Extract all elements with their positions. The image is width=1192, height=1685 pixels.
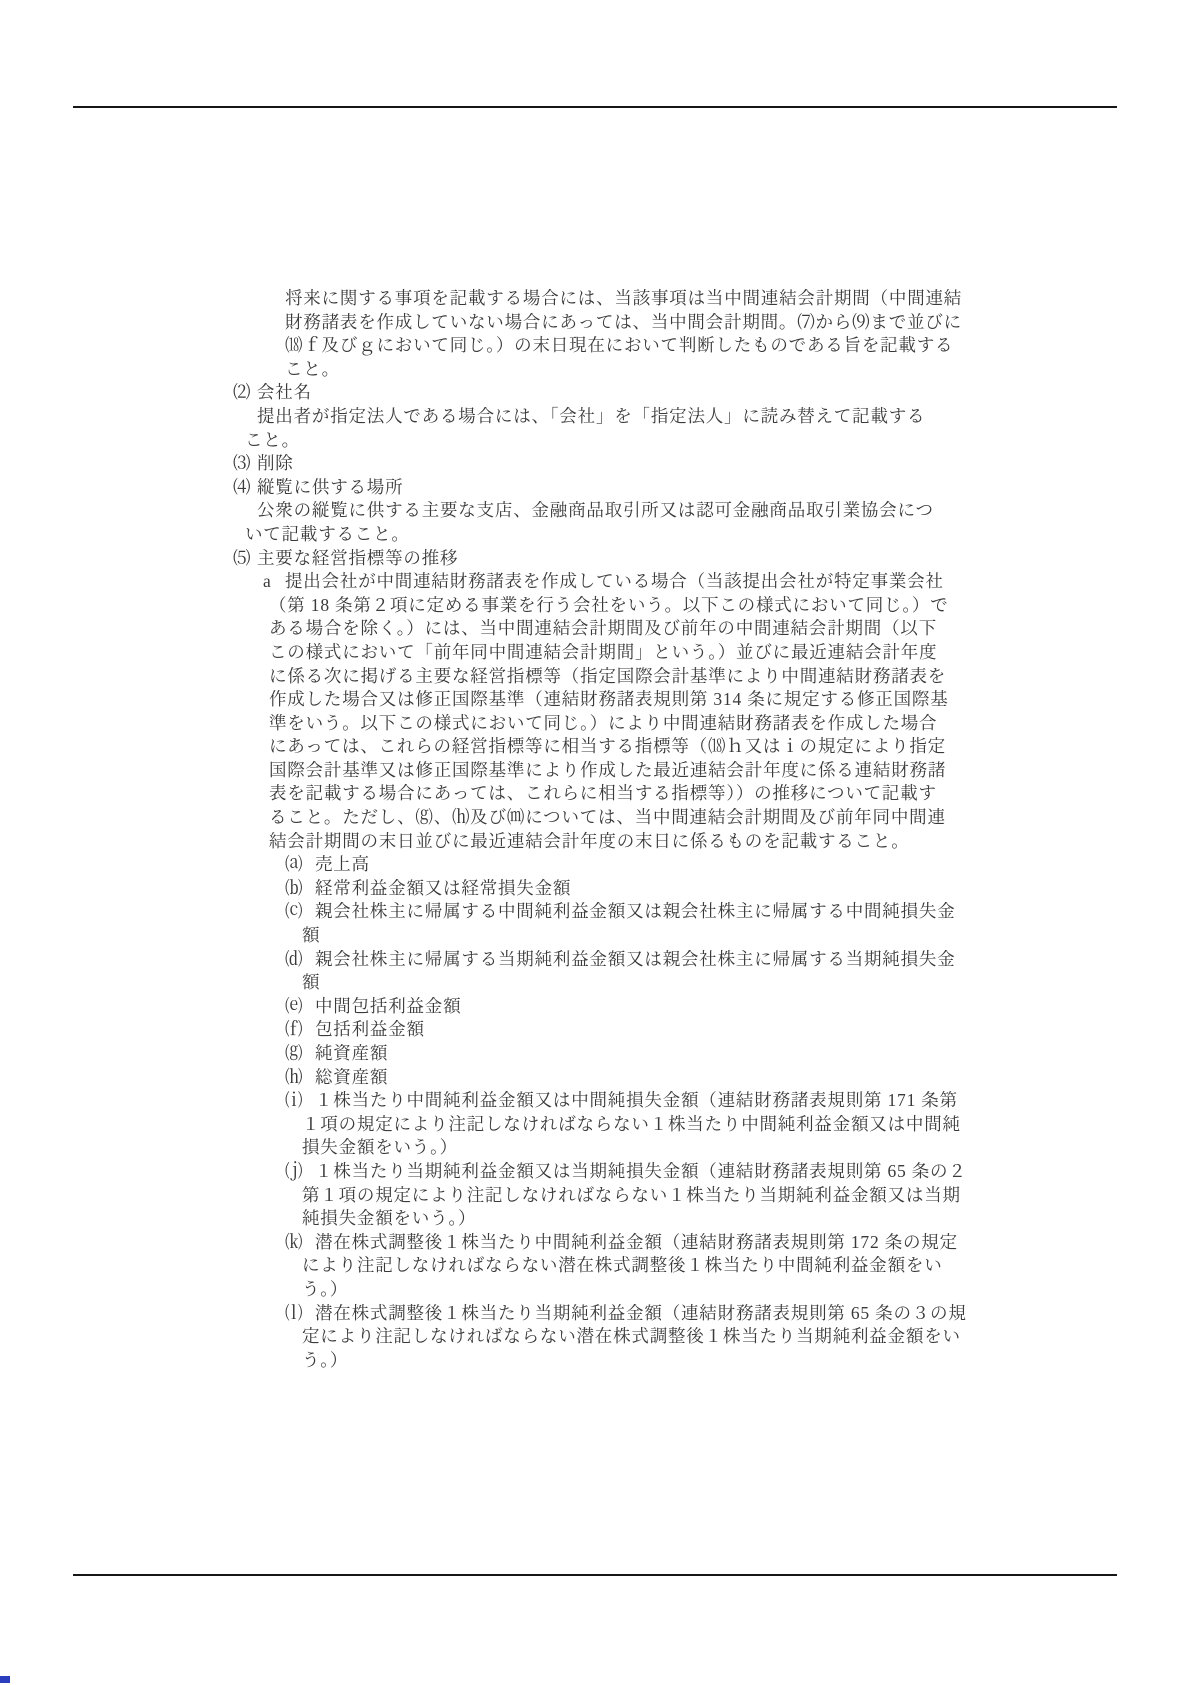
text-line: ⑵会社名 (0, 381, 1192, 405)
text-line: ある場合を除く。）には、当中間連結会計期間及び前年の中間連結会計期間（以下 (0, 617, 1192, 641)
line-text: 潜在株式調整後１株当たり中間純利益金額（連結財務諸表規則第 172 条の規定 (315, 1232, 958, 1252)
text-line: 額 (0, 924, 1192, 948)
text-line: ⑶削除 (0, 452, 1192, 476)
text-line: １項の規定により注記しなければならない１株当たり中間純利益金額又は中間純 (0, 1113, 1192, 1137)
document-page: 将来に関する事項を記載する場合には、当該事項は当中間連結会計期間（中間連結財務諸… (0, 0, 1192, 1685)
text-line: 定により注記しなければならない潜在株式調整後１株当たり当期純利益金額をい (0, 1325, 1192, 1349)
line-text: う。） (302, 1350, 348, 1370)
line-text: 包括利益金額 (315, 1019, 425, 1039)
text-line: 準をいう。以下この様式において同じ。）により中間連結財務諸表を作成した場合 (0, 712, 1192, 736)
text-line: ⒣総資産額 (0, 1066, 1192, 1090)
line-marker: ⒦ (285, 1231, 315, 1255)
line-marker: ⒟ (285, 948, 315, 972)
line-text: 表を記載する場合にあっては、これらに相当する指標等））の推移について記載す (269, 783, 937, 803)
line-text: 削除 (257, 453, 294, 473)
line-marker: ⒡ (285, 1018, 315, 1042)
line-text: 定により注記しなければならない潜在株式調整後１株当たり当期純利益金額をい (302, 1326, 961, 1346)
text-line: ⒝経常利益金額又は経常損失金額 (0, 877, 1192, 901)
text-line: にあっては、これらの経営指標等に相当する指標等（⒅ｈ又はｉの規定により指定 (0, 735, 1192, 759)
line-text: 売上高 (315, 854, 370, 874)
line-marker: ⒝ (285, 877, 315, 901)
line-text: 純損失金額をいう。） (302, 1208, 476, 1228)
text-line: 結会計期間の末日並びに最近連結会計年度の末日に係るものを記載すること。 (0, 830, 1192, 854)
text-line: 公衆の縦覧に供する主要な支店、金融商品取引所又は認可金融商品取引業協会につ (0, 499, 1192, 523)
line-text: 国際会計基準又は修正国際基準により作成した最近連結会計年度に係る連結財務諸 (269, 760, 946, 780)
text-line: a提出会社が中間連結財務諸表を作成している場合（当該提出会社が特定事業会社 (0, 570, 1192, 594)
text-line: 国際会計基準又は修正国際基準により作成した最近連結会計年度に係る連結財務諸 (0, 759, 1192, 783)
line-text: に係る次に掲げる主要な経営指標等（指定国際会計基準により中間連結財務諸表を (269, 666, 946, 686)
line-marker: ⑸ (233, 547, 257, 571)
text-line: 将来に関する事項を記載する場合には、当該事項は当中間連結会計期間（中間連結 (0, 287, 1192, 311)
line-text: １項の規定により注記しなければならない１株当たり中間純利益金額又は中間純 (302, 1114, 961, 1134)
line-text: う。） (302, 1279, 348, 1299)
line-text: 提出者が指定法人である場合には、「会社」を「指定法人」に読み替えて記載する (257, 406, 925, 426)
line-text: こと。 (285, 359, 340, 379)
line-text: 純資産額 (315, 1043, 388, 1063)
text-line: （第 18 条第２項に定める事業を行う会社をいう。以下この様式において同じ。）で (0, 594, 1192, 618)
line-text: いて記載すること。 (245, 524, 410, 544)
line-text: 潜在株式調整後１株当たり当期純利益金額（連結財務諸表規則第 65 条の３の規 (315, 1303, 967, 1323)
line-marker: ⒧ (285, 1302, 315, 1326)
text-line: 純損失金額をいう。） (0, 1207, 1192, 1231)
line-text: 結会計期間の末日並びに最近連結会計年度の末日に係るものを記載すること。 (269, 831, 910, 851)
footer-rule (73, 1574, 1117, 1576)
line-text: １株当たり中間純利益金額又は中間純損失金額（連結財務諸表規則第 171 条第 (315, 1090, 958, 1110)
text-line: ること。ただし、⒢、⒣及び⒨については、当中間連結会計期間及び前年同中間連 (0, 806, 1192, 830)
line-marker: ⒤ (285, 1089, 315, 1113)
text-line: 第１項の規定により注記しなければならない１株当たり当期純利益金額又は当期 (0, 1184, 1192, 1208)
line-text: により注記しなければならない潜在株式調整後１株当たり中間純利益金額をい (302, 1255, 943, 1275)
text-line: う。） (0, 1278, 1192, 1302)
line-text: 縦覧に供する場所 (257, 477, 403, 497)
text-line: ⒤１株当たり中間純利益金額又は中間純損失金額（連結財務諸表規則第 171 条第 (0, 1089, 1192, 1113)
text-line: ⒡包括利益金額 (0, 1018, 1192, 1042)
line-text: こと。 (245, 430, 300, 450)
text-line: 表を記載する場合にあっては、これらに相当する指標等））の推移について記載す (0, 782, 1192, 806)
line-marker: ⑷ (233, 476, 257, 500)
line-text: 損失金額をいう。） (302, 1137, 458, 1157)
line-text: 額 (302, 972, 320, 992)
line-marker: ⒢ (285, 1042, 315, 1066)
header-rule (73, 106, 1117, 108)
line-marker: ⑵ (233, 381, 257, 405)
text-line: ⑷縦覧に供する場所 (0, 476, 1192, 500)
text-line: ⒟親会社株主に帰属する当期純利益金額又は親会社株主に帰属する当期純損失金 (0, 948, 1192, 972)
line-marker: ⒠ (285, 995, 315, 1019)
text-line: こと。 (0, 429, 1192, 453)
text-line: いて記載すること。 (0, 523, 1192, 547)
line-text: 会社名 (257, 382, 312, 402)
text-line: 提出者が指定法人である場合には、「会社」を「指定法人」に読み替えて記載する (0, 405, 1192, 429)
text-line: 作成した場合又は修正国際基準（連結財務諸表規則第 314 条に規定する修正国際基 (0, 688, 1192, 712)
text-line: ⒞親会社株主に帰属する中間純利益金額又は親会社株主に帰属する中間純損失金 (0, 900, 1192, 924)
line-text: 準をいう。以下この様式において同じ。）により中間連結財務諸表を作成した場合 (269, 713, 937, 733)
line-text: 親会社株主に帰属する中間純利益金額又は親会社株主に帰属する中間純損失金 (315, 901, 956, 921)
line-text: ⒅ｆ及びｇにおいて同じ。）の末日現在において判断したものである旨を記載する (285, 335, 953, 355)
text-line: こと。 (0, 358, 1192, 382)
line-text: にあっては、これらの経営指標等に相当する指標等（⒅ｈ又はｉの規定により指定 (269, 736, 946, 756)
text-line: ⒅ｆ及びｇにおいて同じ。）の末日現在において判断したものである旨を記載する (0, 334, 1192, 358)
line-text: 額 (302, 925, 320, 945)
line-marker: ⑶ (233, 452, 257, 476)
text-line: 額 (0, 971, 1192, 995)
text-line: ⑸主要な経営指標等の推移 (0, 547, 1192, 571)
text-line: ⒧潜在株式調整後１株当たり当期純利益金額（連結財務諸表規則第 65 条の３の規 (0, 1302, 1192, 1326)
text-line: う。） (0, 1349, 1192, 1373)
line-marker: a (263, 570, 285, 594)
line-text: 第１項の規定により注記しなければならない１株当たり当期純利益金額又は当期 (302, 1185, 961, 1205)
line-text: ある場合を除く。）には、当中間連結会計期間及び前年の中間連結会計期間（以下 (269, 618, 937, 638)
scan-artifact (0, 1676, 10, 1683)
line-marker: ⒥ (285, 1160, 315, 1184)
text-line: ⒥１株当たり当期純利益金額又は当期純損失金額（連結財務諸表規則第 65 条の２ (0, 1160, 1192, 1184)
line-text: 将来に関する事項を記載する場合には、当該事項は当中間連結会計期間（中間連結 (285, 288, 962, 308)
text-line: この様式において「前年同中間連結会計期間」という。）並びに最近連結会計年度 (0, 641, 1192, 665)
line-text: 公衆の縦覧に供する主要な支店、金融商品取引所又は認可金融商品取引業協会につ (257, 500, 934, 520)
text-line: により注記しなければならない潜在株式調整後１株当たり中間純利益金額をい (0, 1254, 1192, 1278)
line-marker: ⒣ (285, 1066, 315, 1090)
line-text: １株当たり当期純利益金額又は当期純損失金額（連結財務諸表規則第 65 条の２ (315, 1161, 967, 1181)
line-text: ること。ただし、⒢、⒣及び⒨については、当中間連結会計期間及び前年同中間連 (269, 807, 946, 827)
line-text: この様式において「前年同中間連結会計期間」という。）並びに最近連結会計年度 (269, 642, 937, 662)
line-marker: ⒞ (285, 900, 315, 924)
line-text: 経常利益金額又は経常損失金額 (315, 878, 571, 898)
line-text: 中間包括利益金額 (315, 996, 461, 1016)
line-text: 親会社株主に帰属する当期純利益金額又は親会社株主に帰属する当期純損失金 (315, 949, 956, 969)
text-block: 将来に関する事項を記載する場合には、当該事項は当中間連結会計期間（中間連結財務諸… (0, 287, 1192, 1372)
text-line: ⒦潜在株式調整後１株当たり中間純利益金額（連結財務諸表規則第 172 条の規定 (0, 1231, 1192, 1255)
text-line: ⒜売上高 (0, 853, 1192, 877)
text-line: に係る次に掲げる主要な経営指標等（指定国際会計基準により中間連結財務諸表を (0, 665, 1192, 689)
text-line: 財務諸表を作成していない場合にあっては、当中間会計期間。⑺から⑼まで並びに (0, 311, 1192, 335)
line-text: 財務諸表を作成していない場合にあっては、当中間会計期間。⑺から⑼まで並びに (285, 312, 962, 332)
line-text: 作成した場合又は修正国際基準（連結財務諸表規則第 314 条に規定する修正国際基 (269, 689, 949, 709)
text-line: ⒠中間包括利益金額 (0, 995, 1192, 1019)
line-text: 主要な経営指標等の推移 (257, 548, 458, 568)
text-line: ⒢純資産額 (0, 1042, 1192, 1066)
line-text: （第 18 条第２項に定める事業を行う会社をいう。以下この様式において同じ。）で (269, 595, 949, 615)
line-marker: ⒜ (285, 853, 315, 877)
text-line: 損失金額をいう。） (0, 1136, 1192, 1160)
line-text: 総資産額 (315, 1067, 388, 1087)
line-text: 提出会社が中間連結財務諸表を作成している場合（当該提出会社が特定事業会社 (285, 571, 944, 591)
